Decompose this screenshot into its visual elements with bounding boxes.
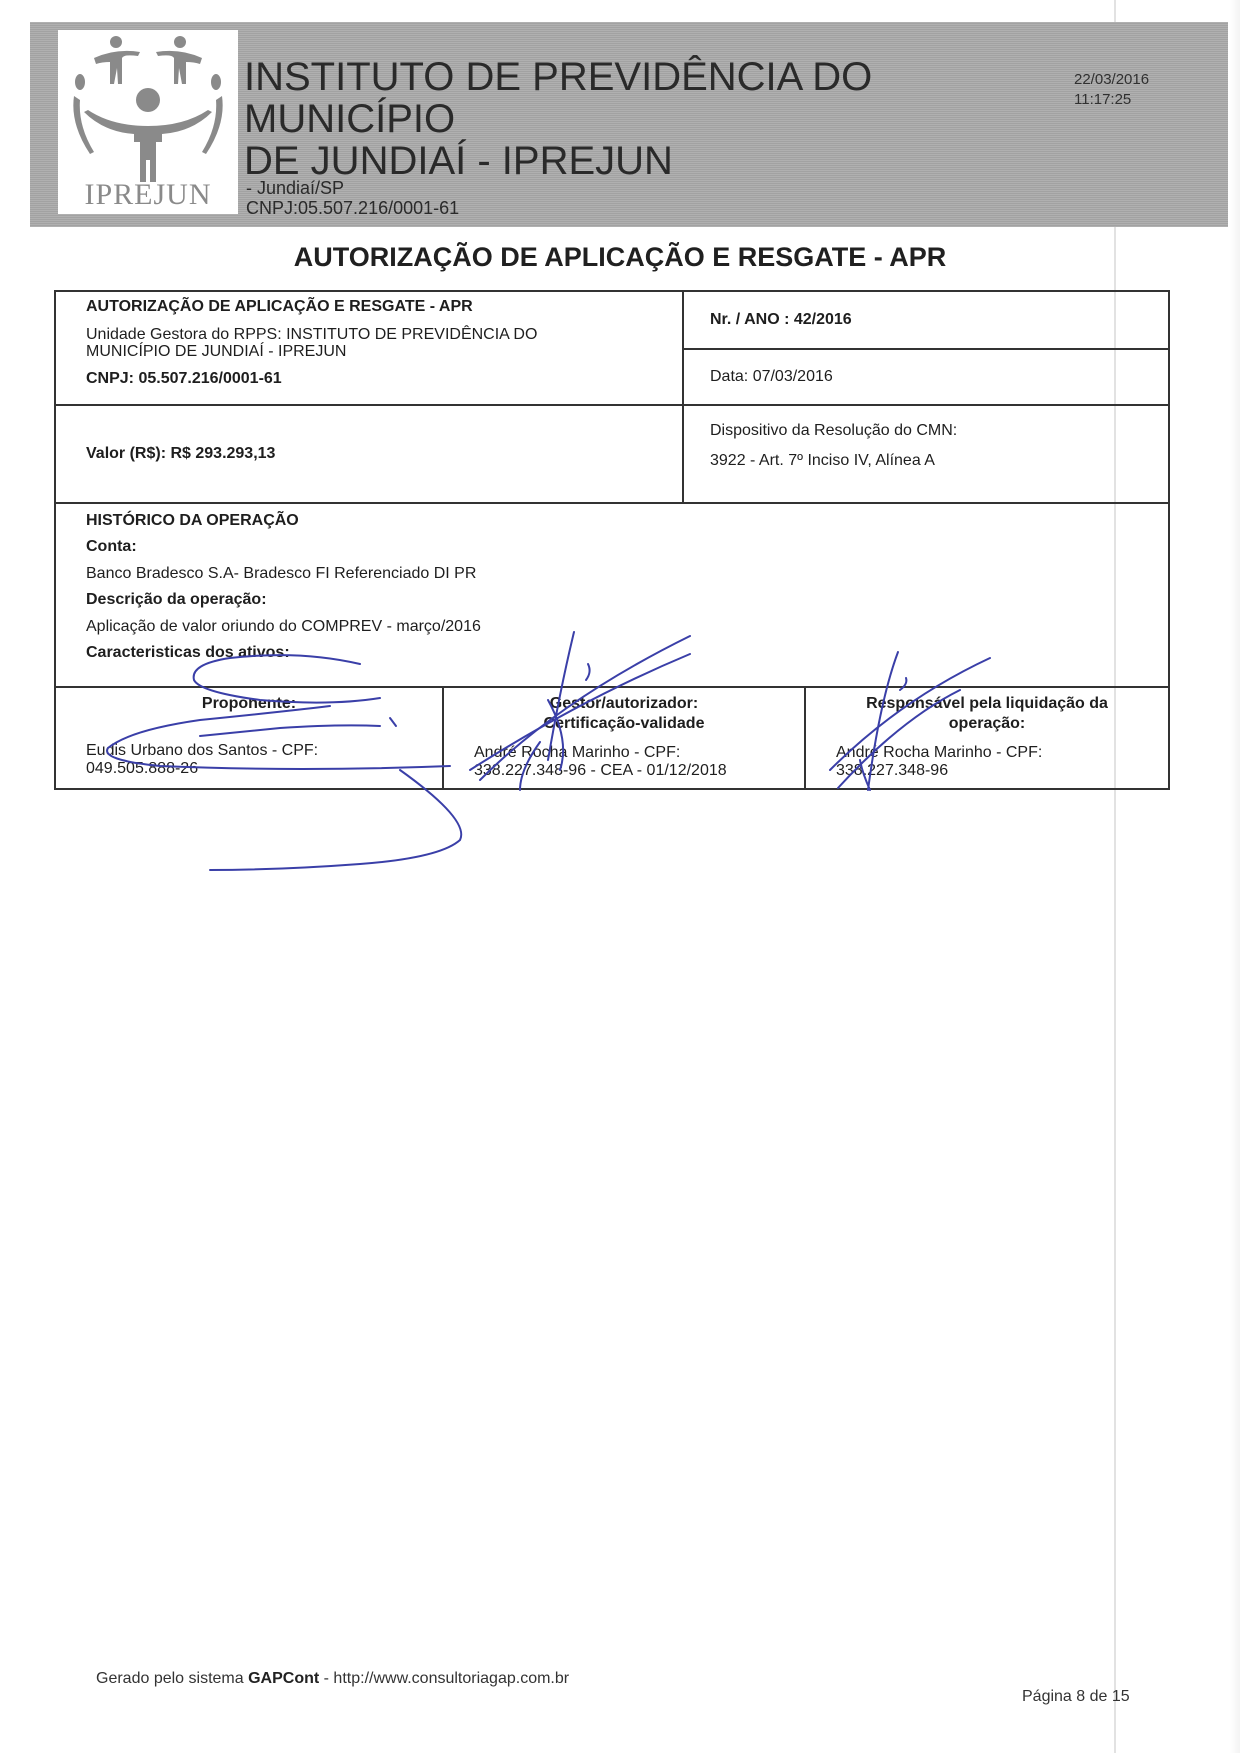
nr-ano: Nr. / ANO : 42/2016 (684, 292, 1168, 350)
people-circle-logo-icon (64, 34, 232, 184)
signature-role: Gestor/autorizador: Certificação-validad… (474, 694, 774, 734)
caracteristicas-label: Caracteristicas dos ativos: (86, 640, 1138, 666)
print-time: 11:17:25 (1074, 90, 1149, 110)
form-date: Data: 07/03/2016 (684, 350, 1168, 404)
conta-label: Conta: (86, 534, 1138, 560)
signature-proponente: Proponente: Eudis Urbano dos Santos - CP… (56, 688, 444, 788)
historico-cell: HISTÓRICO DA OPERAÇÃO Conta: Banco Brade… (56, 504, 1168, 686)
signatory: André Rocha Marinho - CPF: 338.227.348-9… (836, 744, 1138, 780)
number-date-cell: Nr. / ANO : 42/2016 Data: 07/03/2016 (684, 292, 1168, 404)
institution-location: - Jundiaí/SP CNPJ:05.507.216/0001-61 (246, 178, 459, 218)
valor-label: Valor (R$): (86, 445, 166, 463)
signature-role: Proponente: (86, 694, 412, 714)
city: - Jundiaí/SP (246, 178, 459, 198)
descricao-label: Descrição da operação: (86, 587, 1138, 613)
system-url: - http://www.consultoriagap.com.br (324, 1670, 569, 1687)
apr-form: AUTORIZAÇÃO DE APLICAÇÃO E RESGATE - APR… (54, 290, 1170, 790)
dispositivo-cell: Dispositivo da Resolução do CMN: 3922 - … (684, 406, 1168, 502)
logo: IPREJUN (58, 30, 238, 214)
form-row-history: HISTÓRICO DA OPERAÇÃO Conta: Banco Brade… (56, 504, 1168, 688)
signature-responsavel: Responsável pela liquidação da operação:… (806, 688, 1168, 788)
signature-role: Responsável pela liquidação da operação: (836, 694, 1138, 734)
print-timestamp: 22/03/2016 11:17:25 (1074, 70, 1149, 110)
unidade-gestora: Unidade Gestora do RPPS: INSTITUTO DE PR… (86, 326, 652, 360)
form-row-value: Valor (R$): R$ 293.293,13 Dispositivo da… (56, 406, 1168, 504)
header-cnpj: CNPJ:05.507.216/0001-61 (246, 198, 459, 218)
valor-cell: Valor (R$): R$ 293.293,13 (56, 406, 684, 502)
conta-value: Banco Bradesco S.A- Bradesco FI Referenc… (86, 560, 1138, 587)
dispositivo-label: Dispositivo da Resolução do CMN: (710, 416, 1142, 446)
footer-generated-by: Gerado pelo sistema GAPCont - http://www… (96, 1670, 569, 1688)
historico-title: HISTÓRICO DA OPERAÇÃO (86, 508, 1138, 534)
dispositivo-value: 3922 - Art. 7º Inciso IV, Alínea A (710, 446, 1142, 476)
unit-info-cell: AUTORIZAÇÃO DE APLICAÇÃO E RESGATE - APR… (56, 292, 684, 404)
form-row-identification: AUTORIZAÇÃO DE APLICAÇÃO E RESGATE - APR… (56, 292, 1168, 406)
system-name: GAPCont (248, 1670, 319, 1687)
signatory: Eudis Urbano dos Santos - CPF: 049.505.8… (86, 742, 412, 778)
descricao-value: Aplicação de valor oriundo do COMPREV - … (86, 613, 1138, 640)
logo-text: IPREJUN (58, 178, 238, 212)
print-date: 22/03/2016 (1074, 70, 1149, 90)
unit-cnpj: CNPJ: 05.507.216/0001-61 (86, 370, 652, 388)
signatory: André Rocha Marinho - CPF: 338.227.348-9… (474, 744, 774, 780)
section-title: AUTORIZAÇÃO DE APLICAÇÃO E RESGATE - APR (86, 298, 652, 316)
institution-name: INSTITUTO DE PREVIDÊNCIA DO MUNICÍPIO DE… (244, 56, 1074, 182)
valor-amount: R$ 293.293,13 (170, 445, 275, 463)
document-title: AUTORIZAÇÃO DE APLICAÇÃO E RESGATE - APR (0, 242, 1240, 273)
form-row-signatures: Proponente: Eudis Urbano dos Santos - CP… (56, 688, 1168, 788)
page-number: Página 8 de 15 (1022, 1688, 1130, 1706)
signature-gestor: Gestor/autorizador: Certificação-validad… (444, 688, 806, 788)
